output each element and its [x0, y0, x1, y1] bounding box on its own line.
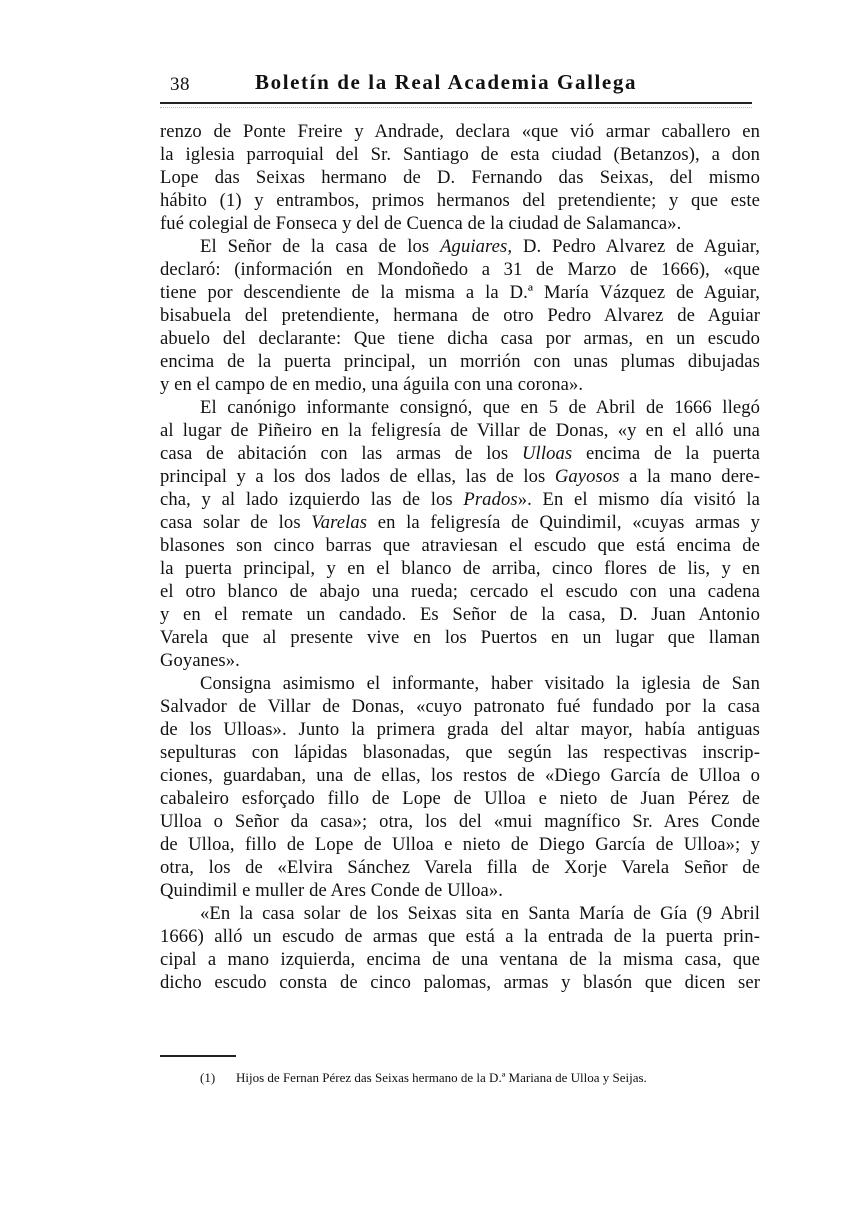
- text-line: cabaleiro esforçado fillo de Lope de Ull…: [160, 787, 760, 810]
- text-line: hábito (1) y entrambos, primos hermanos …: [160, 189, 760, 212]
- text-line: cha, y al lado izquierdo las de los Prad…: [160, 488, 760, 511]
- text-line: casa de abitación con las armas de los U…: [160, 442, 760, 465]
- text-line: dicho escudo consta de cinco palomas, ar…: [160, 971, 760, 994]
- text-line: 1666) alló un escudo de armas que está a…: [160, 925, 760, 948]
- text-line: renzo de Ponte Freire y Andrade, declara…: [160, 120, 760, 143]
- text-line: de Ulloa, fillo de Lope de Ulloa e nieto…: [160, 833, 760, 856]
- text-line: Goyanes».: [160, 649, 760, 672]
- text-line: y en el remate un candado. Es Señor de l…: [160, 603, 760, 626]
- text-line: Salvador de Villar de Donas, «cuyo patro…: [160, 695, 760, 718]
- body-text: renzo de Ponte Freire y Andrade, declara…: [160, 120, 760, 994]
- header-rule: [160, 102, 752, 104]
- footnote-marker: (1): [200, 1070, 236, 1086]
- header-rule-dotted: [160, 107, 752, 108]
- text-line: principal y a los dos lados de ellas, la…: [160, 465, 760, 488]
- text-line: cipal a mano izquierda, encima de una ve…: [160, 948, 760, 971]
- paragraph: El Señor de la casa de los Aguiares, D. …: [160, 235, 760, 396]
- text-line: Lope das Seixas hermano de D. Fernando d…: [160, 166, 760, 189]
- journal-title: Boletín de la Real Academia Gallega: [255, 70, 637, 95]
- page-number: 38: [170, 74, 190, 96]
- text-line: El Señor de la casa de los Aguiares, D. …: [160, 235, 760, 258]
- paragraph: renzo de Ponte Freire y Andrade, declara…: [160, 120, 760, 235]
- text-line: y en el campo de en medio, una águila co…: [160, 373, 760, 396]
- text-line: «En la casa solar de los Seixas sita en …: [160, 902, 760, 925]
- text-line: Varela que al presente vive en los Puert…: [160, 626, 760, 649]
- text-line: la puerta principal, y en el blanco de a…: [160, 557, 760, 580]
- text-line: de los Ulloas». Junto la primera grada d…: [160, 718, 760, 741]
- text-line: al lugar de Piñeiro en la feligresía de …: [160, 419, 760, 442]
- text-line: casa solar de los Varelas en la feligres…: [160, 511, 760, 534]
- paragraph: «En la casa solar de los Seixas sita en …: [160, 902, 760, 994]
- text-line: encima de la puerta principal, un morrió…: [160, 350, 760, 373]
- text-line: el otro blanco de abajo una rueda; cerca…: [160, 580, 760, 603]
- text-line: sepulturas con lápidas blasonadas, que s…: [160, 741, 760, 764]
- footnote-rule: [160, 1055, 236, 1057]
- running-head: 38 Boletín de la Real Academia Gallega: [160, 70, 760, 100]
- text-line: El canónigo informante consignó, que en …: [160, 396, 760, 419]
- footnote: (1)Hijos de Fernan Pérez das Seixas herm…: [200, 1070, 647, 1086]
- text-line: abuelo del declarante: Que tiene dicha c…: [160, 327, 760, 350]
- text-line: fué colegial de Fonseca y del de Cuenca …: [160, 212, 760, 235]
- text-line: la iglesia parroquial del Sr. Santiago d…: [160, 143, 760, 166]
- text-line: Ulloa o Señor da casa»; otra, los del «m…: [160, 810, 760, 833]
- text-line: Quindimil e muller de Ares Conde de Ullo…: [160, 879, 760, 902]
- text-line: tiene por descendiente de la misma a la …: [160, 281, 760, 304]
- text-line: ciones, guardaban, una de ellas, los res…: [160, 764, 760, 787]
- document-page: 38 Boletín de la Real Academia Gallega r…: [160, 70, 760, 100]
- footnote-text: Hijos de Fernan Pérez das Seixas hermano…: [236, 1070, 647, 1085]
- paragraph: Consigna asimismo el informante, haber v…: [160, 672, 760, 902]
- text-line: blasones son cinco barras que atraviesan…: [160, 534, 760, 557]
- text-line: declaró: (información en Mondoñedo a 31 …: [160, 258, 760, 281]
- text-line: otra, los de «Elvira Sánchez Varela fill…: [160, 856, 760, 879]
- paragraph: El canónigo informante consignó, que en …: [160, 396, 760, 672]
- text-line: bisabuela del pretendiente, hermana de o…: [160, 304, 760, 327]
- text-line: Consigna asimismo el informante, haber v…: [160, 672, 760, 695]
